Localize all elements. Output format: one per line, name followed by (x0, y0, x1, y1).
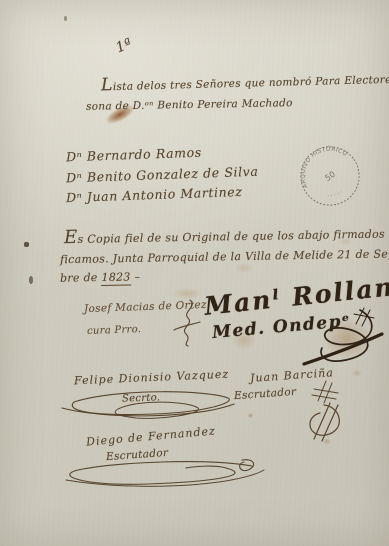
priest-rubric-icon (168, 296, 204, 348)
stamp-arc-text: ARQUIVO HISTÓRICO (289, 136, 351, 190)
certification-date-prefix: bre de (60, 271, 102, 285)
elector-name-1: Dⁿ Bernardo Ramos (66, 145, 202, 165)
intro-line-2: sona de D.ᵒⁿ Benito Pereira Machado (86, 97, 293, 113)
certification-year: 1823 (101, 270, 130, 286)
header-mark: 1ª (114, 36, 135, 57)
elector-name-3: Dⁿ Juan Antonio Martinez (66, 184, 243, 205)
scrutineer2-signature-name: Diego de Fernandez (86, 424, 217, 448)
priest-signature-title: cura Prro. (87, 324, 142, 337)
elector-name-2: Dⁿ Benito Gonzalez de Silva (66, 164, 259, 186)
certification-line-3: bre de 1823 – (60, 270, 140, 284)
archive-stamp-icon: ARQUIVO HISTÓRICO · · · · · 50 (283, 129, 378, 224)
secretary-flourish-icon (58, 386, 238, 424)
svg-text:· · · · ·: · · · · · (324, 186, 344, 204)
certification-line-1: Es Copia fiel de su Original de que los … (64, 226, 389, 246)
intro-line-1: Lista delos tres Señores que nombró Para… (101, 71, 389, 94)
secretary-signature-title: Secrto. (122, 392, 161, 404)
certification-line-2: ficamos. Junta Parroquial de la Villa de… (60, 247, 389, 266)
stamp-bottom-text: · · · · · (324, 186, 344, 204)
scrutineer2-flourish-icon (56, 456, 271, 494)
svg-text:ARQUIVO HISTÓRICO: ARQUIVO HISTÓRICO (289, 136, 351, 190)
paper-stain (350, 368, 364, 378)
ink-speck (24, 242, 29, 247)
secretary-signature-name: Felipe Dionisio Vazquez (74, 368, 230, 388)
stamp-number: 50 (323, 169, 337, 183)
ink-speck (29, 276, 33, 284)
paper-stain (246, 412, 255, 419)
scrutineer1-rubric-icon (296, 379, 350, 443)
scrutineer1-signature-title: Escrutador (234, 386, 297, 402)
manuscript-page: 1ª Lista delos tres Señores que nombró P… (0, 0, 389, 546)
certification-date-suffix: – (131, 270, 141, 283)
ink-speck (64, 16, 67, 21)
principal-paraph-icon (298, 306, 386, 368)
